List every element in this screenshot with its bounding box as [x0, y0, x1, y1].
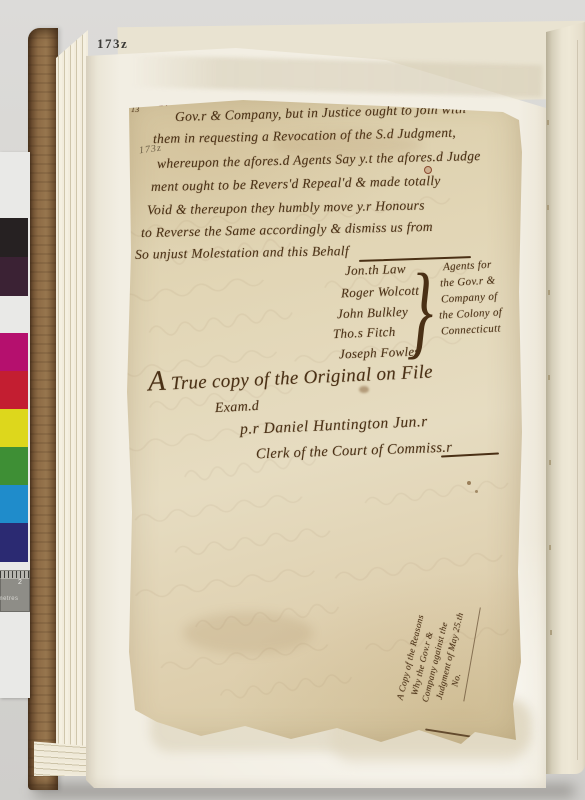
- color-patch-yellow: [0, 409, 28, 448]
- spine-texture: [28, 28, 58, 790]
- foxing-spot: [359, 386, 369, 393]
- ruler-ticks: [0, 571, 30, 578]
- binding-stitch: [548, 375, 550, 380]
- signature: Jon.th Law: [345, 261, 406, 279]
- facing-page-fold-line: [577, 40, 578, 760]
- centimetre-ruler: 2 centimetres: [0, 570, 30, 612]
- color-patch-navy: [0, 523, 28, 562]
- color-calibration-card: 2 centimetres: [0, 152, 30, 698]
- signature: John Bulkley: [337, 304, 409, 322]
- color-patch-magenta: [0, 333, 28, 372]
- color-patch-white: [0, 296, 28, 335]
- foxing-spot: [467, 481, 471, 485]
- attestation-examined: Exam.d: [215, 399, 260, 417]
- paper-stain: [183, 612, 313, 654]
- binding-stitch: [547, 205, 549, 210]
- binding-stitch: [550, 630, 552, 635]
- binding-stitch: [547, 120, 549, 125]
- signature: Tho.s Fitch: [333, 324, 396, 342]
- binding-stitch: [549, 460, 551, 465]
- ink-spot: [424, 166, 432, 174]
- color-patch-black: [0, 218, 28, 257]
- page-edges-left: [56, 24, 88, 780]
- paper-stain: [273, 132, 423, 158]
- binding-stitch: [548, 290, 550, 295]
- ruler-number: 2: [18, 579, 22, 586]
- color-patch-blue: [0, 485, 28, 524]
- binding-stitch: [549, 545, 551, 550]
- photographed-album-page: 173z 2 centimetres: [0, 0, 585, 800]
- signature-bracket: }: [407, 250, 433, 371]
- agents-note-line: Agents for: [443, 259, 492, 274]
- color-patch-green: [0, 447, 28, 486]
- facing-page-gutter: [546, 22, 585, 774]
- color-patch-red: [0, 371, 28, 410]
- foxing-spot: [475, 490, 478, 493]
- manuscript-document: 13 24 173z Gov.r & Company, but in Justi…: [123, 92, 523, 744]
- color-patch-maroon: [0, 257, 28, 296]
- book-spine: [28, 28, 58, 790]
- printed-folio-number: 173z: [97, 36, 128, 52]
- ruler-label: centimetres: [0, 596, 43, 602]
